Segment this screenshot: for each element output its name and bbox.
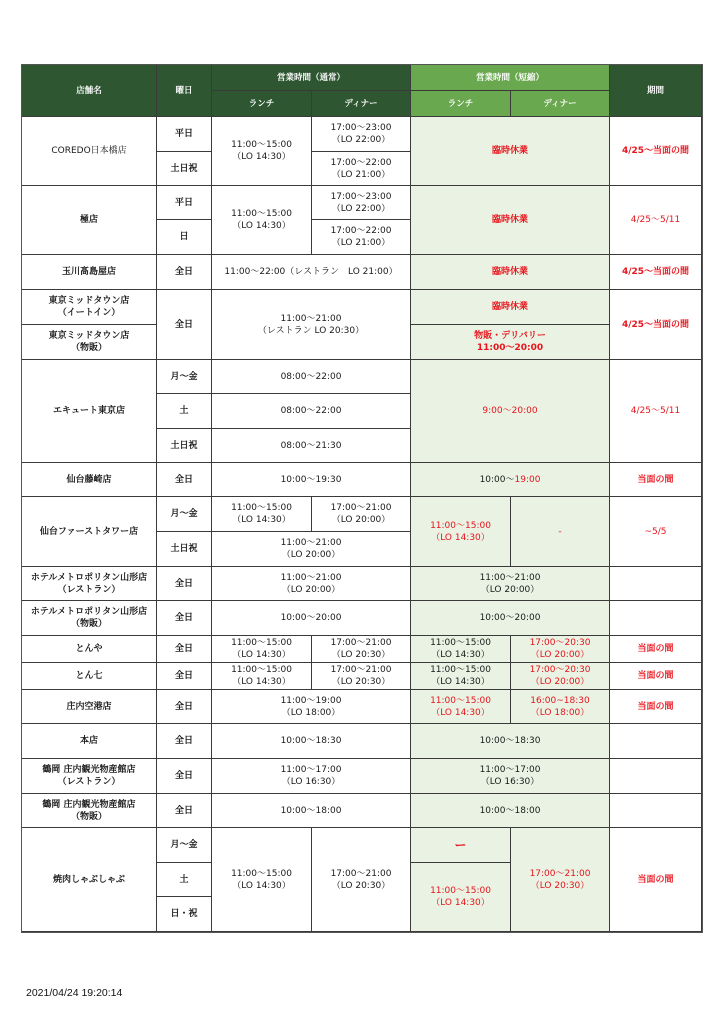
normal-lunch: 11:00～15:00 （LO 14:30） [212, 636, 312, 663]
period [610, 724, 702, 759]
store-name: 仙台藤崎店 [22, 463, 157, 497]
normal-dinner: 17:00～21:00 （LO 20:00） [312, 497, 411, 532]
short-lunch: ー [411, 828, 511, 863]
normal-dinner: 17:00～22:00 （LO 21:00） [312, 220, 411, 255]
normal-dinner: 17:00～21:00 （LO 20:30） [312, 828, 411, 932]
short-hours: 10:00～19:00 [411, 463, 610, 497]
store-name: 鶴岡 庄内観光物産館店 （物販） [22, 794, 157, 828]
short-start: 10:00～ [480, 474, 515, 486]
store-name: とん七 [22, 663, 157, 690]
period: 4/25～当面の間 [610, 255, 702, 290]
short-lunch: 11:00～15:00 （LO 14:30） [411, 636, 511, 663]
normal-lunch: 11:00～15:00 （LO 14:30） [212, 497, 312, 532]
short-hours: 臨時休業 [411, 117, 610, 186]
short-hours: 10:00～18:30 [411, 724, 610, 759]
period [610, 567, 702, 601]
period: 当面の間 [610, 690, 702, 724]
normal-hours: 10:00～18:30 [212, 724, 411, 759]
header-normal-hours: 営業時間（通常） [212, 65, 411, 91]
hours-table: 店舗名 曜日 営業時間（通常） ランチ ディナー 営業時間（短縮） ランチ ディ… [22, 65, 702, 932]
store-name: 東京ミッドタウン店 （イートイン） [22, 290, 157, 325]
store-name: 玉川髙島屋店 [22, 255, 157, 290]
normal-hours: 10:00～19:30 [212, 463, 411, 497]
store-name: 東京ミッドタウン店 （物販） [22, 325, 157, 360]
day-label: 土 [157, 394, 212, 429]
day-label: 平日 [157, 186, 212, 220]
header-normal-dinner: ディナー [312, 91, 411, 117]
normal-lunch: 11:00～15:00 （LO 14:30） [212, 663, 312, 690]
header-normal-lunch: ランチ [212, 91, 312, 117]
short-dinner: 16:00~18:30 （LO 18:00） [511, 690, 610, 724]
normal-hours: 10:00～20:00 [212, 601, 411, 636]
normal-hours: 11:00～21:00 （LO 20:00） [212, 532, 411, 567]
normal-dinner: 17:00～22:00 （LO 21:00） [312, 152, 411, 186]
normal-hours: 11:00～21:00 （LO 20:00） [212, 567, 411, 601]
normal-hours: 11:00～17:00 （LO 16:30） [212, 759, 411, 794]
short-hours: 11:00～17:00 （LO 16:30） [411, 759, 610, 794]
header-short-lunch: ランチ [411, 91, 511, 117]
day-label: 全日 [157, 636, 212, 663]
period [610, 601, 702, 636]
day-label: 月～金 [157, 360, 212, 394]
store-name: エキュート東京店 [22, 360, 157, 463]
short-end: 19:00 [515, 474, 541, 486]
store-name: 庄内空港店 [22, 690, 157, 724]
day-label: 全日 [157, 759, 212, 794]
normal-lunch: 11:00～15:00 （LO 14:30） [212, 186, 312, 255]
short-lunch: 11:00～15:00 （LO 14:30） [411, 863, 511, 932]
normal-dinner: 17:00～23:00 （LO 22:00） [312, 117, 411, 152]
normal-dinner: 17:00～21:00 （LO 20:30） [312, 663, 411, 690]
short-dinner: - [511, 497, 610, 567]
day-label: 土 [157, 863, 212, 897]
period: 4/25～5/11 [610, 186, 702, 255]
print-timestamp: 2021/04/24 19:20:14 [26, 987, 122, 999]
store-name: ホテルメトロポリタン山形店 （物販） [22, 601, 157, 636]
day-label: 月～金 [157, 497, 212, 532]
store-name: 焼肉しゃぶしゃぶ [22, 828, 157, 932]
store-name: 極店 [22, 186, 157, 255]
period: 当面の間 [610, 636, 702, 663]
header-period: 期間 [610, 65, 702, 117]
day-label: 全日 [157, 567, 212, 601]
normal-hours: 10:00～18:00 [212, 794, 411, 828]
normal-hours: 11:00～22:00（レストラン LO 21:00） [212, 255, 411, 290]
short-lunch: 11:00～15:00 （LO 14:30） [411, 663, 511, 690]
short-hours: 9:00～20:00 [411, 360, 610, 463]
day-label: 日 [157, 220, 212, 255]
day-label: 土日祝 [157, 152, 212, 186]
header-short-hours: 営業時間（短縮） [411, 65, 610, 91]
short-hours: 10:00～18:00 [411, 794, 610, 828]
day-label: 全日 [157, 601, 212, 636]
normal-hours: 08:00～21:30 [212, 429, 411, 463]
normal-dinner: 17:00～23:00 （LO 22:00） [312, 186, 411, 220]
period: 4/25～当面の間 [610, 117, 702, 186]
period [610, 759, 702, 794]
store-name: 鶴岡 庄内観光物産館店 （レストラン） [22, 759, 157, 794]
short-hours: 臨時休業 [411, 290, 610, 325]
short-dinner: 17:00～20:30 （LO 20:00） [511, 636, 610, 663]
day-label: 土日祝 [157, 429, 212, 463]
day-label: 全日 [157, 663, 212, 690]
short-dinner: 17:00～20:30 （LO 20:00） [511, 663, 610, 690]
day-label: 全日 [157, 794, 212, 828]
day-label: 月～金 [157, 828, 212, 863]
store-name: COREDO日本橋店 [22, 117, 157, 186]
short-hours: 臨時休業 [411, 186, 610, 255]
day-label: 全日 [157, 255, 212, 290]
day-label: 全日 [157, 290, 212, 360]
store-name: 本店 [22, 724, 157, 759]
period: 当面の間 [610, 463, 702, 497]
period: 4/25～5/11 [610, 360, 702, 463]
normal-lunch: 11:00～15:00 （LO 14:30） [212, 828, 312, 932]
normal-hours: 08:00～22:00 [212, 394, 411, 429]
period: 当面の間 [610, 663, 702, 690]
store-name: ホテルメトロポリタン山形店 （レストラン） [22, 567, 157, 601]
normal-hours: 11:00～19:00 （LO 18:00） [212, 690, 411, 724]
short-hours: 10:00～20:00 [411, 601, 610, 636]
short-lunch: 11:00～15:00 （LO 14:30） [411, 690, 511, 724]
day-label: 全日 [157, 463, 212, 497]
normal-lunch: 11:00～15:00 （LO 14:30） [212, 117, 312, 186]
normal-dinner: 17:00～21:00 （LO 20:30） [312, 636, 411, 663]
period [610, 794, 702, 828]
header-short-dinner: ディナー [511, 91, 610, 117]
normal-hours: 11:00～21:00 （レストラン LO 20:30） [212, 290, 411, 360]
short-hours: 臨時休業 [411, 255, 610, 290]
header-store: 店舗名 [22, 65, 157, 117]
day-label: 全日 [157, 724, 212, 759]
short-hours: 11:00～21:00 （LO 20:00） [411, 567, 610, 601]
day-label: 土日祝 [157, 532, 212, 567]
store-name: とんや [22, 636, 157, 663]
period: ~5/5 [610, 497, 702, 567]
store-name: 仙台ファーストタワー店 [22, 497, 157, 567]
header-day: 曜日 [157, 65, 212, 117]
normal-hours: 08:00～22:00 [212, 360, 411, 394]
period: 当面の間 [610, 828, 702, 932]
day-label: 日・祝 [157, 897, 212, 932]
period: 4/25～当面の間 [610, 290, 702, 360]
day-label: 全日 [157, 690, 212, 724]
day-label: 平日 [157, 117, 212, 152]
short-lunch: 11:00～15:00 （LO 14:30） [411, 497, 511, 567]
short-hours: 物販・デリバリー 11:00～20:00 [411, 325, 610, 360]
short-dinner: 17:00～21:00 （LO 20:30） [511, 828, 610, 932]
